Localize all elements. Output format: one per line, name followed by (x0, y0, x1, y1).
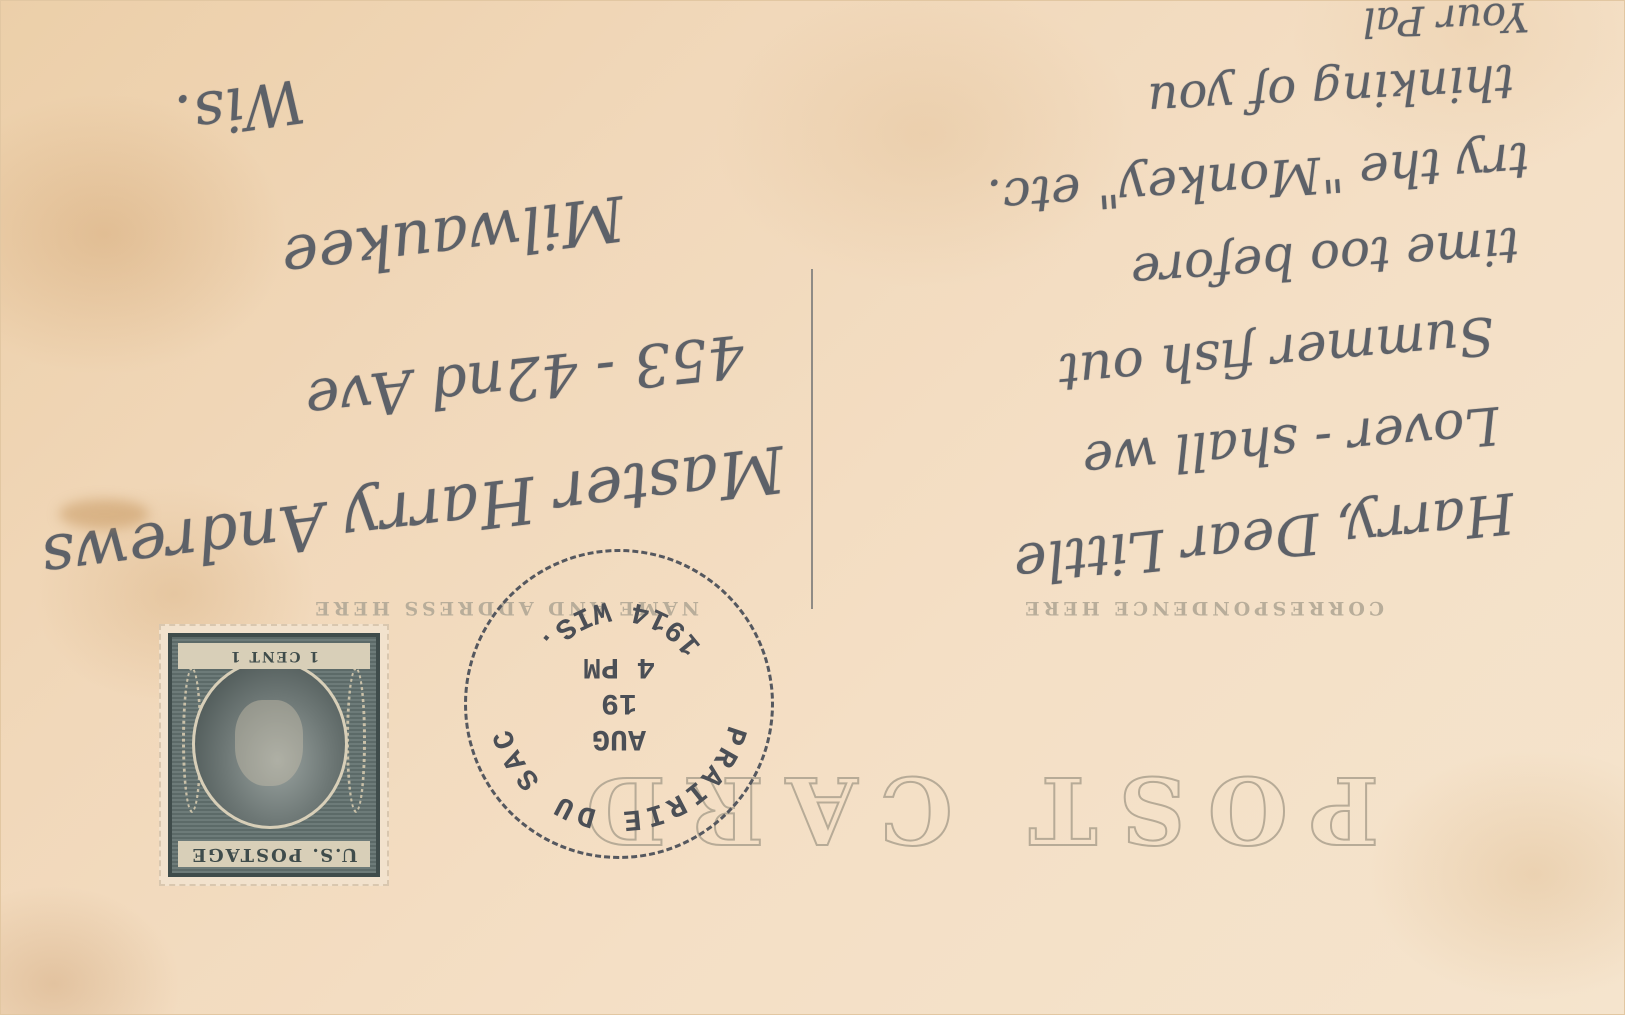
message-line: Harry, Dear Little (1011, 479, 1518, 596)
message-line: try the "Monkey" etc. (985, 131, 1531, 227)
address-state: Wis. (171, 64, 309, 151)
portrait-oval (192, 659, 348, 829)
stamp-denomination: 1 CENT 1 (178, 643, 370, 669)
correspondence-label: CORRESPONDENCE HERE (1021, 597, 1384, 619)
ink-stain (59, 499, 149, 529)
postmark-day: 19 (467, 684, 771, 720)
postage-stamp: U.S. POSTAGE 1 CENT 1 (159, 624, 389, 886)
address-city: Milwaukee (278, 181, 628, 295)
message-line: Lover - shall we (1080, 394, 1501, 490)
stamp-inscription: U.S. POSTAGE (178, 841, 370, 867)
message-line: thinking of you (1146, 53, 1515, 128)
postmark: PRAIRIE DU SAC 1914 WIS. AUG 19 4 PM (464, 549, 774, 859)
message-line: time too before (1129, 216, 1521, 301)
postmark-month: AUG (467, 720, 771, 756)
postmark-time: 4 PM (467, 648, 771, 684)
postmark-date: AUG 19 4 PM (467, 648, 771, 756)
stamp-frame: U.S. POSTAGE 1 CENT 1 (168, 633, 380, 877)
message-line: Summer fish out (1056, 304, 1497, 402)
portrait-icon (235, 700, 303, 786)
center-divider (811, 269, 813, 609)
postcard-back: POST CARD CORRESPONDENCE HERE NAME AND A… (0, 0, 1625, 1015)
address-street: 453 - 42nd Ave (302, 321, 747, 435)
message-signature: Your Pal (1362, 0, 1530, 45)
laurel-icon (346, 667, 366, 813)
